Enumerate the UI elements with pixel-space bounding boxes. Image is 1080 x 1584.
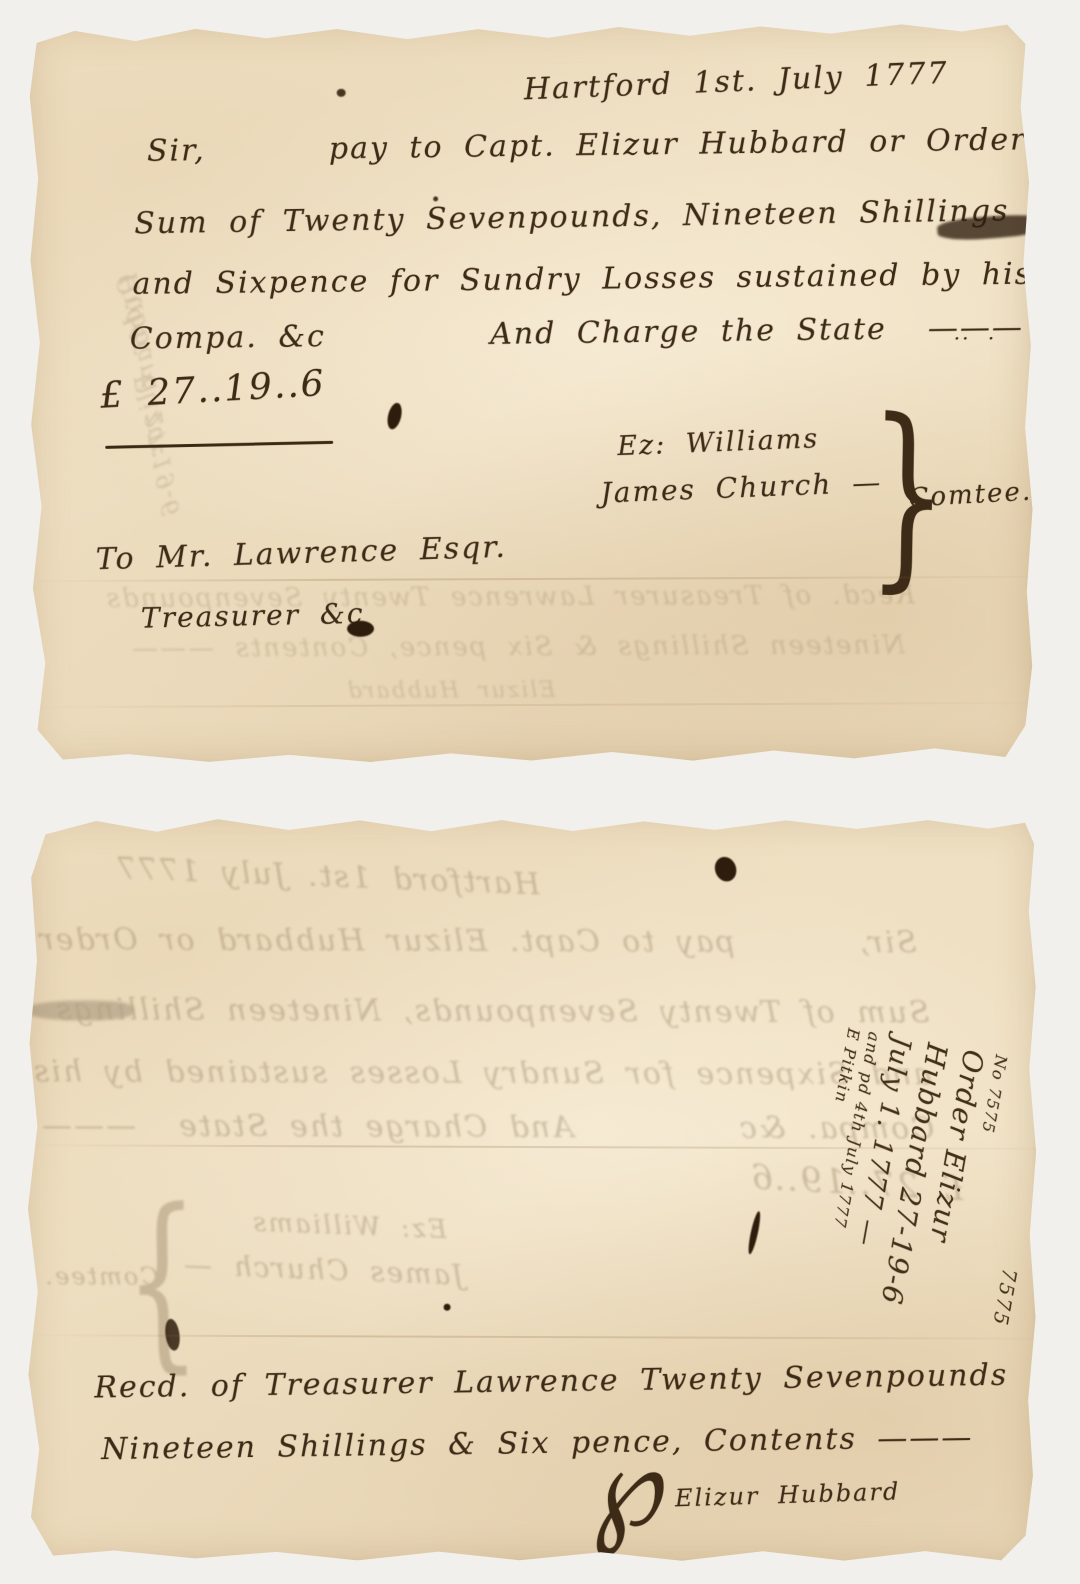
document-front-paper: Recd. of Treasurer Lawrence Twenty Seven… <box>24 18 1035 767</box>
bleed-receipt-line2: Nineteen Shillings & Six pence, Contents… <box>130 630 905 663</box>
front-address-line2: Treasurer &c <box>141 597 365 635</box>
docket-edge-number: 7575 <box>988 1267 1022 1329</box>
front-signature-williams: Ez: Williams <box>617 423 820 462</box>
ink-speck <box>337 89 346 97</box>
receipt-line2: Nineteen Shillings & Six pence, Contents… <box>101 1420 974 1467</box>
front-committee-label: Comtee. <box>908 477 1033 514</box>
bleed-ink-smudge <box>24 1000 134 1020</box>
ink-blot <box>444 1304 451 1311</box>
front-dateline: Hartford 1st. July 1777 <box>523 56 949 108</box>
front-address-line1: To Mr. Lawrence Esqr. <box>95 530 507 578</box>
bleed-receipt-signature: Elizur Hubbard <box>346 678 556 704</box>
bleed-signature-church: James Church — <box>181 1248 464 1292</box>
bleed-body-line1: Sir, pay to Capt. Elizur Hubbard or Orde… <box>0 922 917 960</box>
amount-underline <box>105 441 333 449</box>
bleed-dateline: Hartford 1st. July 1777 <box>114 851 540 902</box>
front-body-line2: Sum of Twenty Sevenpounds, Nineteen Shil… <box>134 193 1010 241</box>
scanned-document-page: Recd. of Treasurer Lawrence Twenty Seven… <box>0 0 1080 1584</box>
docket-annotation: No 7575 Order Elizur Hubbard 27-19-6 Jul… <box>696 1011 1012 1392</box>
front-amount: £ 27..19..6 <box>99 363 327 417</box>
front-signature-church: James Church — <box>600 466 883 510</box>
fold-crease <box>27 702 1035 708</box>
ink-speck <box>433 196 438 201</box>
bleed-committee-label: Comtee. <box>43 1262 158 1290</box>
front-body-line4: Compa. &c And Charge the State ——— <box>130 310 1025 357</box>
ink-blot <box>385 401 404 430</box>
receipt-line1: Recd. of Treasurer Lawrence Twenty Seven… <box>94 1358 1008 1406</box>
receipt-signature: Elizur Hubbard <box>675 1477 901 1512</box>
document-back-paper: Hartford 1st. July 1777 Sir, pay to Capt… <box>23 810 1040 1566</box>
ink-blot <box>347 621 374 637</box>
front-stray-dots: ·· · <box>954 326 997 350</box>
bleed-signature-williams: Ez: Williams <box>251 1208 448 1245</box>
ink-blot <box>712 854 740 885</box>
front-body-line3: and Sixpence for Sundry Losses sustained… <box>132 257 1032 302</box>
front-body-line1: Sir, pay to Capt. Elizur Hubbard or Orde… <box>147 121 1080 168</box>
